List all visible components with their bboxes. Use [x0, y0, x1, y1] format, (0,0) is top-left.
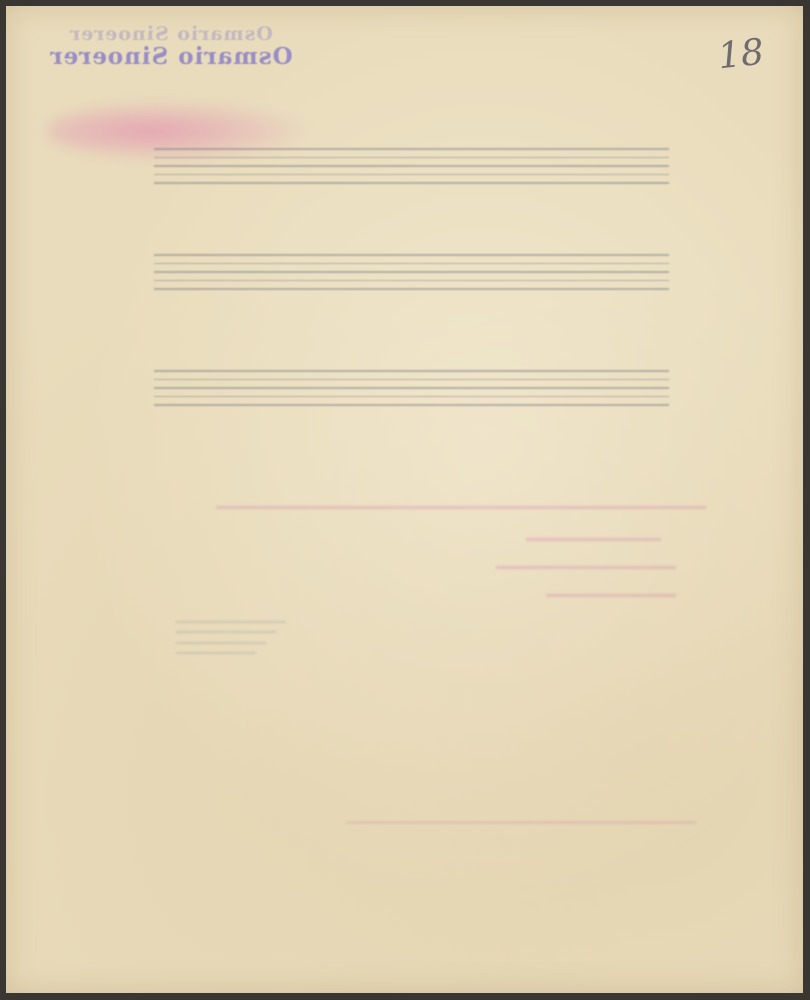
text-bleed-line [216, 506, 706, 509]
text-bleed-line [546, 594, 676, 597]
document-page: Osmario Sinoerer Osmario Sinoerer 18 [6, 6, 803, 993]
ownership-stamp: Osmario Sinoerer Osmario Sinoerer [36, 24, 306, 70]
stamp-line-main: Osmario Sinoerer [36, 44, 306, 70]
text-bleed-line [346, 821, 696, 824]
text-bleed-line [176, 631, 276, 633]
text-bleed-line [176, 621, 286, 623]
text-bleed-line [526, 538, 661, 541]
page-number: 18 [716, 32, 766, 78]
text-bleed-line [176, 652, 256, 654]
stamp-line-faint: Osmario Sinoerer [36, 24, 306, 44]
music-staff-bleed [154, 148, 669, 191]
music-staff-bleed [154, 254, 669, 297]
text-bleed-line [176, 642, 266, 644]
music-staff-bleed [154, 370, 669, 413]
text-bleed-line [496, 566, 676, 569]
